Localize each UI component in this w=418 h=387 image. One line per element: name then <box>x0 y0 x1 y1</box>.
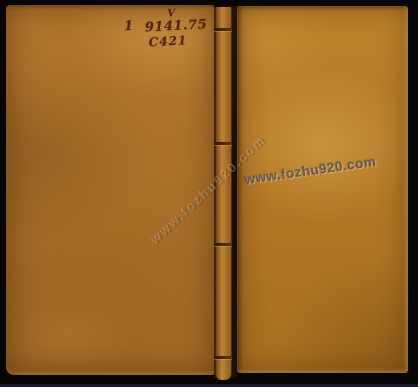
call-number-cutter: C421 <box>148 33 204 48</box>
call-number-annotation: V 9141.75 C421 <box>144 8 204 49</box>
back-cover: 1 V 9141.75 C421 <box>6 5 214 375</box>
front-cover <box>237 6 408 373</box>
stitch-line <box>214 142 232 145</box>
binding-strip <box>214 7 232 380</box>
book-photo: 1 V 9141.75 C421 www.fozhu920.com www.fo… <box>0 0 418 387</box>
stitch-line <box>214 356 232 359</box>
stitch-line <box>214 243 232 246</box>
stitch-line <box>214 28 232 31</box>
call-number-class: 9141.75 <box>145 18 204 34</box>
copy-number-annotation: 1 <box>124 19 134 34</box>
